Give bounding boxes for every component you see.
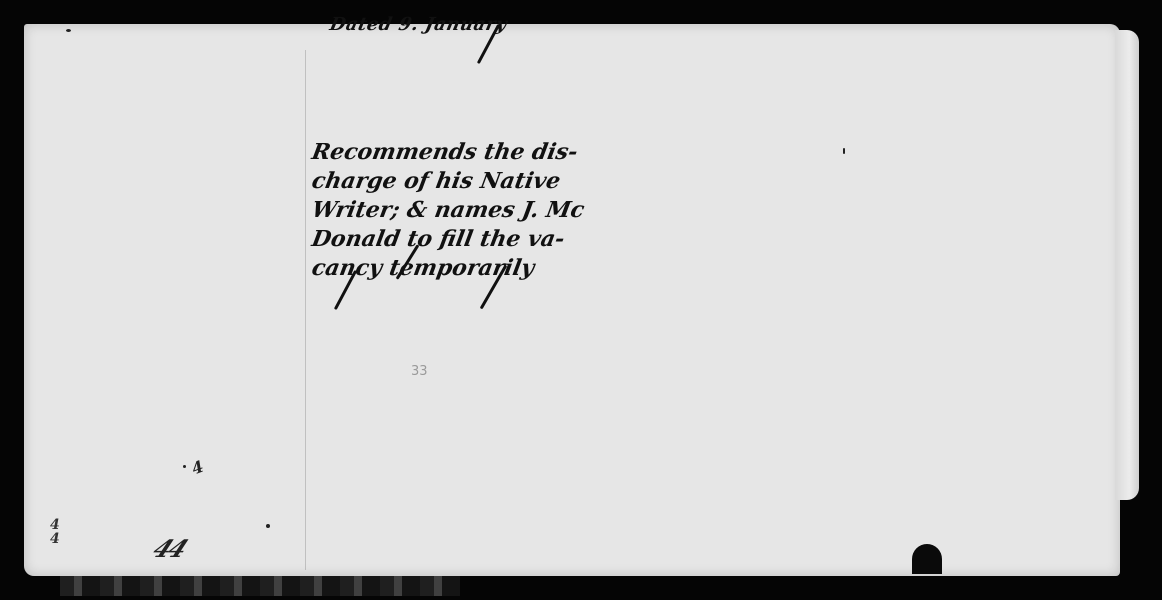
page-number-stamp: 33	[411, 364, 428, 379]
summary-line: charge of his Native	[309, 167, 586, 196]
paper-fold-edge	[1115, 30, 1139, 500]
margin-ruled-line	[305, 50, 306, 570]
paper-sheet	[24, 24, 1120, 576]
underlying-page-edge	[60, 576, 460, 596]
docket-summary: Recommends the dis- charge of his Native…	[312, 138, 584, 283]
summary-line: Writer; & names J. Mc	[309, 196, 586, 225]
ink-speck	[266, 524, 270, 528]
ink-speck	[183, 465, 186, 468]
docket-date: Dated 9. January	[328, 14, 509, 35]
ink-speck	[66, 29, 71, 32]
ink-speck	[843, 148, 845, 154]
summary-line: Donald to fill the va-	[309, 225, 586, 254]
summary-line: Recommends the dis-	[309, 138, 586, 167]
binding-hole	[912, 544, 942, 574]
margin-mark-left: 4 4	[50, 518, 60, 546]
